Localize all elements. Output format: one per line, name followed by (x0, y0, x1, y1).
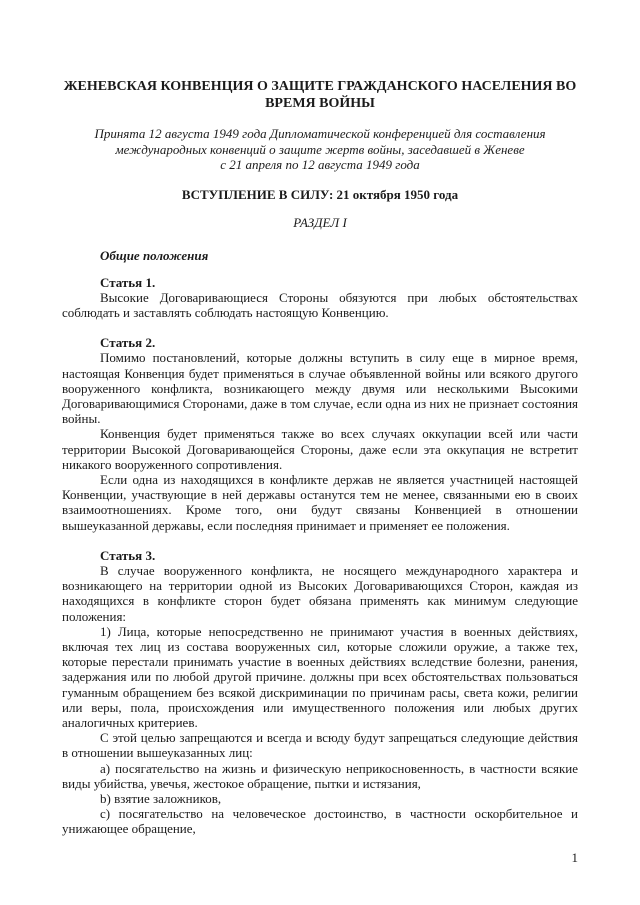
article-3-paragraph-item-b: b) взятие заложников, (62, 791, 578, 806)
article-3-paragraph-3: С этой целью запрещаются и всегда и всюд… (62, 730, 578, 760)
article-3: Статья 3. В случае вооруженного конфликт… (62, 548, 578, 837)
article-2: Статья 2. Помимо постановлений, которые … (62, 335, 578, 533)
entry-into-force-line: ВСТУПЛЕНИЕ В СИЛУ: 21 октября 1950 года (62, 187, 578, 202)
article-3-paragraph-item-a: a) посягательство на жизнь и физическую … (62, 761, 578, 791)
article-2-paragraph-1: Помимо постановлений, которые должны вст… (62, 350, 578, 426)
chapter-heading: Общие положения (62, 248, 578, 263)
document-page: ЖЕНЕВСКАЯ КОНВЕНЦИЯ О ЗАЩИТЕ ГРАЖДАНСКОГ… (0, 0, 640, 905)
document-title-line-1: ЖЕНЕВСКАЯ КОНВЕНЦИЯ О ЗАЩИТЕ ГРАЖДАНСКОГ… (62, 78, 578, 95)
article-3-heading: Статья 3. (62, 548, 578, 563)
document-title: ЖЕНЕВСКАЯ КОНВЕНЦИЯ О ЗАЩИТЕ ГРАЖДАНСКОГ… (62, 78, 578, 112)
article-3-paragraph-2: 1) Лица, которые непосредственно не прин… (62, 624, 578, 730)
document-title-line-2: ВРЕМЯ ВОЙНЫ (62, 95, 578, 112)
article-1-heading: Статья 1. (62, 275, 578, 290)
section-heading: РАЗДЕЛ I (62, 215, 578, 230)
article-1: Статья 1. Высокие Договаривающиеся Сторо… (62, 275, 578, 321)
article-2-paragraph-2: Конвенция будет применяться также во все… (62, 426, 578, 472)
document-subtitle-line-1: Принята 12 августа 1949 года Дипломатиче… (62, 126, 578, 142)
page-number: 1 (572, 850, 579, 865)
document-subtitle-line-3: с 21 апреля по 12 августа 1949 года (62, 157, 578, 173)
article-2-paragraph-3: Если одна из находящихся в конфликте дер… (62, 472, 578, 533)
document-subtitle: Принята 12 августа 1949 года Дипломатиче… (62, 126, 578, 173)
article-1-paragraph-1: Высокие Договаривающиеся Стороны обязуют… (62, 290, 578, 320)
article-2-heading: Статья 2. (62, 335, 578, 350)
document-subtitle-line-2: международных конвенций о защите жертв в… (62, 142, 578, 158)
article-3-paragraph-1: В случае вооруженного конфликта, не нося… (62, 563, 578, 624)
article-3-paragraph-item-c: c) посягательство на человеческое достои… (62, 806, 578, 836)
